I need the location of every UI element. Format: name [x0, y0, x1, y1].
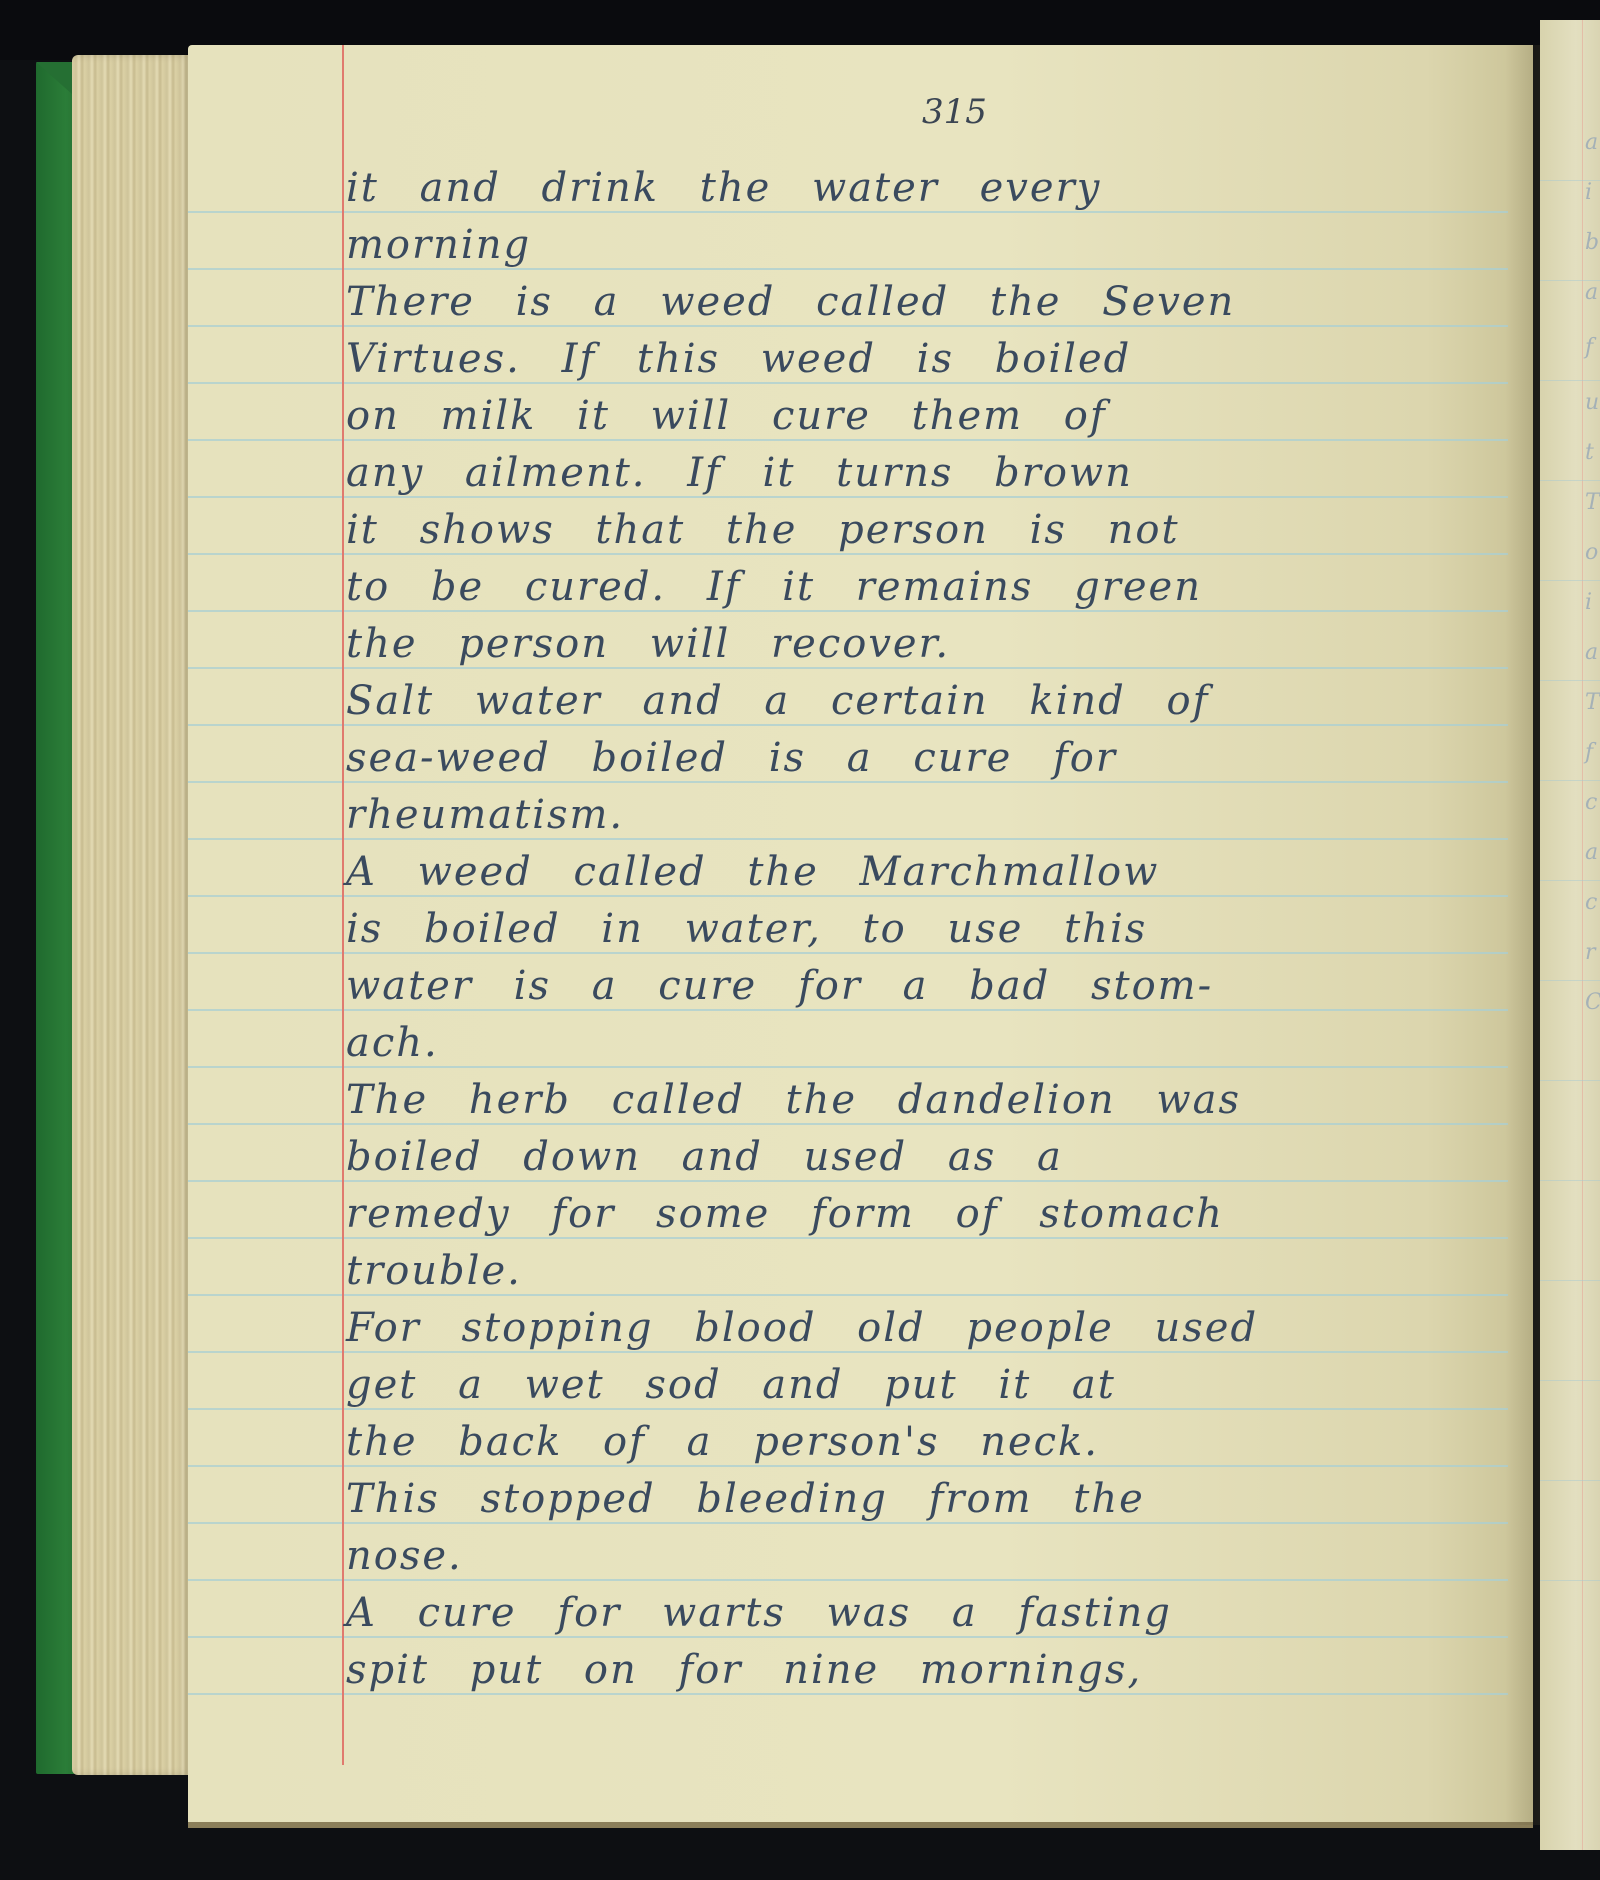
page-edges-stack — [72, 55, 192, 1775]
facing-page-text: c — [1585, 790, 1597, 815]
facing-ruled-line — [1540, 980, 1600, 981]
facing-page-margin-line — [1582, 20, 1583, 1850]
handwritten-line: the back of a person's neck. — [346, 1414, 1516, 1471]
handwritten-line: the person will recover. — [346, 616, 1516, 673]
facing-page-text: b — [1585, 230, 1599, 255]
facing-page-text: i — [1585, 180, 1592, 205]
facing-ruled-line — [1540, 380, 1600, 381]
facing-ruled-line — [1540, 1080, 1600, 1081]
facing-page-text: T — [1585, 490, 1600, 515]
facing-ruled-line — [1540, 780, 1600, 781]
handwritten-line: is boiled in water, to use this — [346, 901, 1516, 958]
handwritten-line: morning — [346, 217, 1516, 274]
red-margin-line — [342, 45, 344, 1765]
facing-page-text: r — [1585, 940, 1596, 965]
facing-ruled-line — [1540, 1380, 1600, 1381]
facing-ruled-line — [1540, 580, 1600, 581]
handwritten-line: boiled down and used as a — [346, 1129, 1516, 1186]
facing-page-text: f — [1585, 335, 1593, 360]
facing-page-text: t — [1585, 440, 1594, 465]
handwritten-line: ach. — [346, 1015, 1516, 1072]
handwritten-line: it shows that the person is not — [346, 502, 1516, 559]
facing-ruled-line — [1540, 880, 1600, 881]
facing-page-text: i — [1585, 590, 1592, 615]
facing-ruled-line — [1540, 680, 1600, 681]
facing-page-text: a — [1585, 130, 1598, 155]
facing-ruled-line — [1540, 1580, 1600, 1581]
handwritten-line: spit put on for nine mornings, — [346, 1642, 1516, 1699]
handwritten-line: A cure for warts was a fasting — [346, 1585, 1516, 1642]
handwritten-line: There is a weed called the Seven — [346, 274, 1516, 331]
handwritten-line: This stopped bleeding from the — [346, 1471, 1516, 1528]
handwritten-line: For stopping blood old people used — [346, 1300, 1516, 1357]
facing-page-text: C — [1585, 990, 1600, 1015]
handwritten-line: water is a cure for a bad stom- — [346, 958, 1516, 1015]
handwritten-line: sea-weed boiled is a cure for — [346, 730, 1516, 787]
page-bottom-edge — [188, 1822, 1533, 1828]
handwritten-line: remedy for some form of stomach — [346, 1186, 1516, 1243]
handwritten-line: rheumatism. — [346, 787, 1516, 844]
facing-page-text: a — [1585, 640, 1598, 665]
facing-ruled-line — [1540, 480, 1600, 481]
handwritten-line: on milk it will cure them of — [346, 388, 1516, 445]
handwritten-line: any ailment. If it turns brown — [346, 445, 1516, 502]
handwritten-line: to be cured. If it remains green — [346, 559, 1516, 616]
facing-ruled-line — [1540, 1180, 1600, 1181]
facing-ruled-line — [1540, 1280, 1600, 1281]
gutter-shadow — [1505, 45, 1545, 1825]
facing-page-text: o — [1585, 540, 1598, 565]
facing-page-text: c — [1585, 890, 1597, 915]
facing-page-text: u — [1585, 390, 1599, 415]
handwritten-line: get a wet sod and put it at — [346, 1357, 1516, 1414]
handwritten-line: trouble. — [346, 1243, 1516, 1300]
handwritten-line: nose. — [346, 1528, 1516, 1585]
facing-page-text: a — [1585, 840, 1598, 865]
facing-page-text: a — [1585, 280, 1598, 305]
facing-page-text: T — [1585, 690, 1600, 715]
page-number: 315 — [922, 92, 987, 132]
facing-ruled-line — [1540, 1480, 1600, 1481]
handwritten-line: it and drink the water every — [346, 160, 1516, 217]
handwritten-line: Virtues. If this weed is boiled — [346, 331, 1516, 388]
handwritten-line: The herb called the dandelion was — [346, 1072, 1516, 1129]
handwritten-line: A weed called the Marchmallow — [346, 844, 1516, 901]
facing-page-text: f — [1585, 740, 1593, 765]
handwritten-line: Salt water and a certain kind of — [346, 673, 1516, 730]
